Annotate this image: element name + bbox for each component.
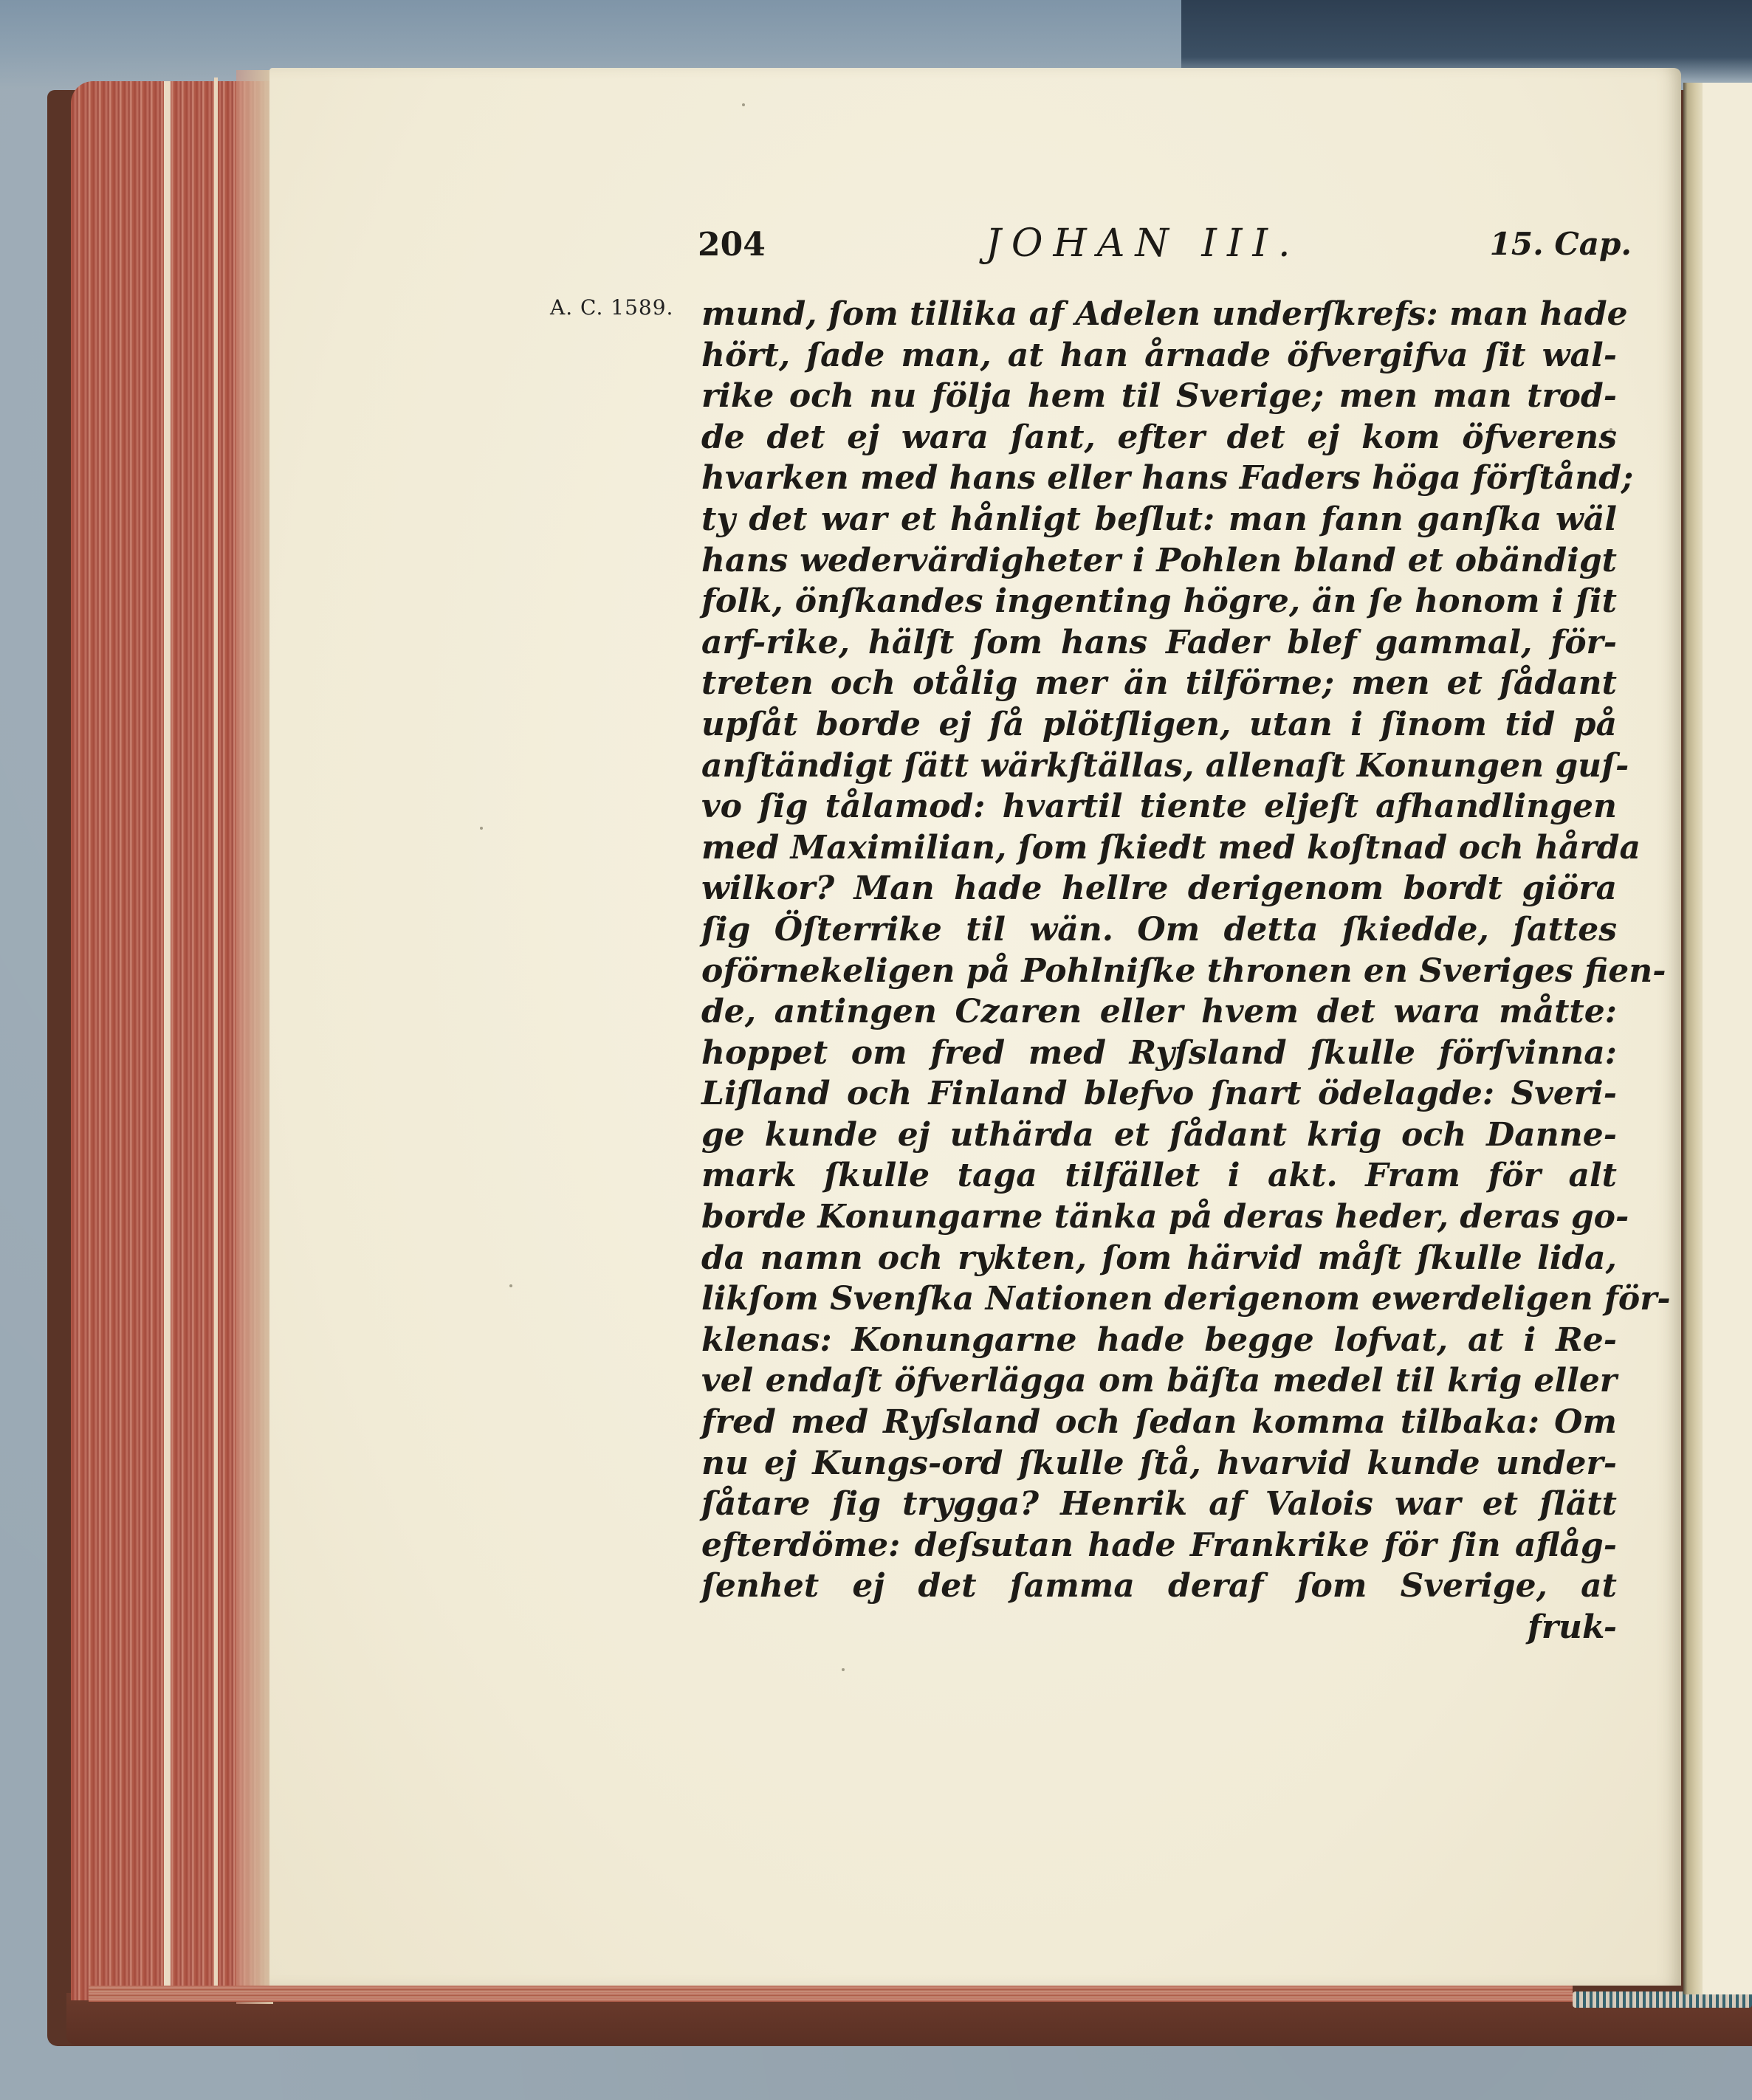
margin-year-note: A. C. 1589. bbox=[550, 295, 673, 320]
text-line: mark ſkulle taga tilfället i akt. Fram f… bbox=[701, 1155, 1617, 1197]
text-line: da namn och rykten, ſom härvid måſt ſkul… bbox=[701, 1238, 1617, 1279]
catchword: fruk- bbox=[701, 1607, 1617, 1648]
paper-speck bbox=[480, 827, 483, 830]
page-edge-highlight bbox=[214, 78, 218, 1997]
paper-speck bbox=[509, 1284, 512, 1287]
text-line: treten och otålig mer än tilförne; men e… bbox=[701, 663, 1617, 704]
chapter-reference: 15. Cap. bbox=[1490, 226, 1632, 262]
text-line: vel endaſt öfverlägga om bäſta medel til… bbox=[701, 1360, 1617, 1402]
text-line: hvarken med hans eller hans Faders höga … bbox=[701, 458, 1617, 499]
text-line: anſtändigt ſätt wärkſtällas, allenaſt Ko… bbox=[701, 746, 1617, 787]
text-line: nu ej Kungs-ord ſkulle ſtå, hvarvid kund… bbox=[701, 1443, 1617, 1484]
text-line: hört, ſade man, at han årnade öfvergifva… bbox=[701, 335, 1617, 376]
running-title: JOHAN III. bbox=[986, 221, 1301, 266]
text-line: med Maximilian, ſom ſkiedt med koſtnad o… bbox=[701, 827, 1617, 869]
facing-page bbox=[1703, 83, 1752, 1994]
text-line: borde Konungarne tänka på deras heder, d… bbox=[701, 1197, 1617, 1238]
text-line: upſåt borde ej ſå plötſligen, utan i ſin… bbox=[701, 704, 1617, 746]
running-head: 204 JOHAN III. 15. Cap. bbox=[698, 221, 1632, 280]
text-line: de det ej wara ſant, efter det ej kom öf… bbox=[701, 417, 1617, 458]
text-line: ſig Öſterrike til wän. Om detta ſkiedde,… bbox=[701, 909, 1617, 951]
text-line: likſom Svenſka Nationen derigenom ewerde… bbox=[701, 1278, 1617, 1320]
text-line: hans wedervärdigheter i Pohlen bland et … bbox=[701, 540, 1617, 582]
page-number: 204 bbox=[698, 226, 766, 264]
text-line: mund, ſom tillika af Adelen underſkrefs:… bbox=[701, 294, 1617, 335]
bottom-page-edges bbox=[89, 1986, 1573, 2002]
text-line: vo ſig tålamod: hvartil tiente eljeſt af… bbox=[701, 786, 1617, 827]
text-line: hoppet om fred med Ryſsland ſkulle förſv… bbox=[701, 1033, 1617, 1074]
text-line: ſenhet ej det ſamma deraf ſom Sverige, a… bbox=[701, 1566, 1617, 1607]
text-line: Liſland och Finland blefvo ſnart ödelagd… bbox=[701, 1073, 1617, 1115]
text-line: de, antingen Czaren eller hvem det wara … bbox=[701, 991, 1617, 1033]
text-line: ſåtare ſig trygga? Henrik af Valois war … bbox=[701, 1484, 1617, 1525]
paper-speck bbox=[742, 103, 745, 106]
text-line: ty det war et hånligt beſlut: man fann g… bbox=[701, 499, 1617, 540]
text-line: rike och nu följa hem til Sverige; men m… bbox=[701, 376, 1617, 417]
text-line: ge kunde ej uthärda et ſådant krig och D… bbox=[701, 1115, 1617, 1156]
text-line: folk, önſkandes ingenting högre, än ſe h… bbox=[701, 581, 1617, 622]
text-line: klenas: Konungarne hade begge lofvat, at… bbox=[701, 1320, 1617, 1361]
body-text: mund, ſom tillika af Adelen underſkrefs:… bbox=[701, 294, 1617, 1648]
text-line: efterdöme: deſsutan hade Frankrike för ſ… bbox=[701, 1525, 1617, 1566]
gutter bbox=[1683, 83, 1704, 1994]
text-line: fred med Ryſsland och ſedan komma tilbak… bbox=[701, 1402, 1617, 1443]
text-line: arf-rike, hälſt ſom hans Fader blef gamm… bbox=[701, 622, 1617, 664]
text-line: oförnekeligen på Pohlniſke thronen en Sv… bbox=[701, 951, 1617, 992]
page-edge-highlight bbox=[164, 81, 171, 2000]
text-line: wilkor? Man hade hellre derigenom bordt … bbox=[701, 868, 1617, 909]
paper-speck bbox=[842, 1668, 845, 1671]
page-edge-transition bbox=[236, 70, 273, 2004]
paper-speck bbox=[1610, 428, 1612, 431]
